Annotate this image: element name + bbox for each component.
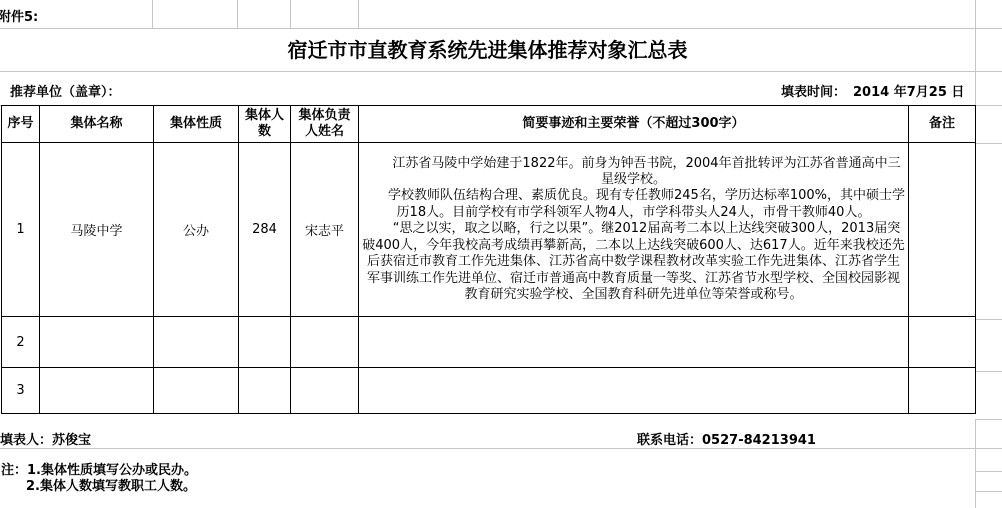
fill-time-label: 填表时间：	[781, 85, 846, 100]
col-header-deeds: 简要事迹和主要荣誉（不超过300字）	[359, 106, 909, 143]
col-header-no: 序号	[2, 106, 40, 143]
contact-phone-value: 0527-84213941	[702, 433, 816, 448]
col-header-remark: 备注	[909, 106, 976, 143]
cell-remark	[909, 317, 976, 368]
col-header-count: 集体人数	[239, 106, 291, 143]
col-header-leader: 集体负责人姓名	[291, 106, 359, 143]
gridline-stub	[975, 491, 1002, 492]
form-filler-name: 苏俊宝	[52, 433, 91, 448]
gridline-horizontal	[0, 448, 1002, 449]
cell-leader: 宋志平	[291, 143, 359, 317]
cell-no: 3	[2, 368, 40, 414]
gridline-horizontal	[0, 28, 1002, 29]
attachment-label: 附件5:	[0, 6, 38, 25]
cell-remark	[909, 368, 976, 414]
fill-time-value: 2014 年7月25 日	[853, 85, 964, 100]
cell-deeds	[359, 317, 909, 368]
cell-leader	[291, 368, 359, 414]
gridline-stub	[975, 471, 1002, 472]
cell-nature	[154, 317, 239, 368]
spreadsheet-page: 附件5: 宿迁市市直教育系统先进集体推荐对象汇总表 推荐单位（盖章）： 填表时间…	[0, 0, 1002, 508]
cell-nature	[154, 368, 239, 414]
form-filler-label: 填表人：	[0, 433, 52, 448]
gridline-vertical	[152, 0, 153, 28]
table-row: 1 马陵中学 公办 284 宋志平 江苏省马陵中学始建于1822年。前身为钟吾书…	[2, 143, 976, 317]
cell-no: 1	[2, 143, 40, 317]
header-row: 序号 集体名称 集体性质 集体人数 集体负责人姓名 简要事迹和主要荣誉（不超过3…	[2, 106, 976, 143]
cell-remark	[909, 143, 976, 317]
gridline-vertical	[358, 0, 359, 28]
page-title: 宿迁市市直教育系统先进集体推荐对象汇总表	[0, 34, 975, 63]
gridline-vertical	[237, 0, 238, 28]
recommending-unit-label: 推荐单位（盖章）：	[10, 81, 121, 100]
cell-leader	[291, 317, 359, 368]
cell-deeds: 江苏省马陵中学始建于1822年。前身为钟吾书院，2004年首批转评为江苏省普通高…	[359, 143, 909, 317]
gridline-stub	[975, 419, 1002, 420]
cell-nature: 公办	[154, 143, 239, 317]
cell-count	[239, 317, 291, 368]
deeds-paragraph: 学校教师队伍结构合理、素质优良。现有专任教师245名，学历达标率100%，其中硕…	[362, 188, 905, 221]
deeds-paragraph: 江苏省马陵中学始建于1822年。前身为钟吾书院，2004年首批转评为江苏省普通高…	[362, 156, 905, 189]
table-row: 2	[2, 317, 976, 368]
gridline-horizontal	[0, 71, 1002, 72]
deeds-paragraph: “思之以实，取之以略，行之以果”。继2012届高考二本以上达线突破300人，20…	[362, 221, 905, 303]
cell-name: 马陵中学	[40, 143, 154, 317]
gridline-vertical	[975, 0, 976, 106]
summary-table: 序号 集体名称 集体性质 集体人数 集体负责人姓名 简要事迹和主要荣誉（不超过3…	[1, 105, 976, 414]
col-header-nature: 集体性质	[154, 106, 239, 143]
gridline-stub	[975, 143, 1002, 144]
gridline-stub	[975, 319, 1002, 320]
cell-deeds	[359, 368, 909, 414]
cell-name	[40, 317, 154, 368]
note-line-2: 2.集体人数填写教职工人数。	[26, 475, 196, 494]
table-row: 3	[2, 368, 976, 414]
contact-phone: 联系电话：0527-84213941	[637, 429, 816, 448]
cell-count: 284	[239, 143, 291, 317]
cell-name	[40, 368, 154, 414]
cell-count	[239, 368, 291, 414]
contact-phone-label: 联系电话：	[637, 433, 702, 448]
form-filler: 填表人：苏俊宝	[0, 429, 91, 448]
gridline-stub	[975, 371, 1002, 372]
col-header-name: 集体名称	[40, 106, 154, 143]
cell-no: 2	[2, 317, 40, 368]
gridline-vertical	[290, 0, 291, 28]
gridline-vertical	[975, 419, 976, 508]
fill-time: 填表时间：2014 年7月25 日	[781, 81, 964, 100]
